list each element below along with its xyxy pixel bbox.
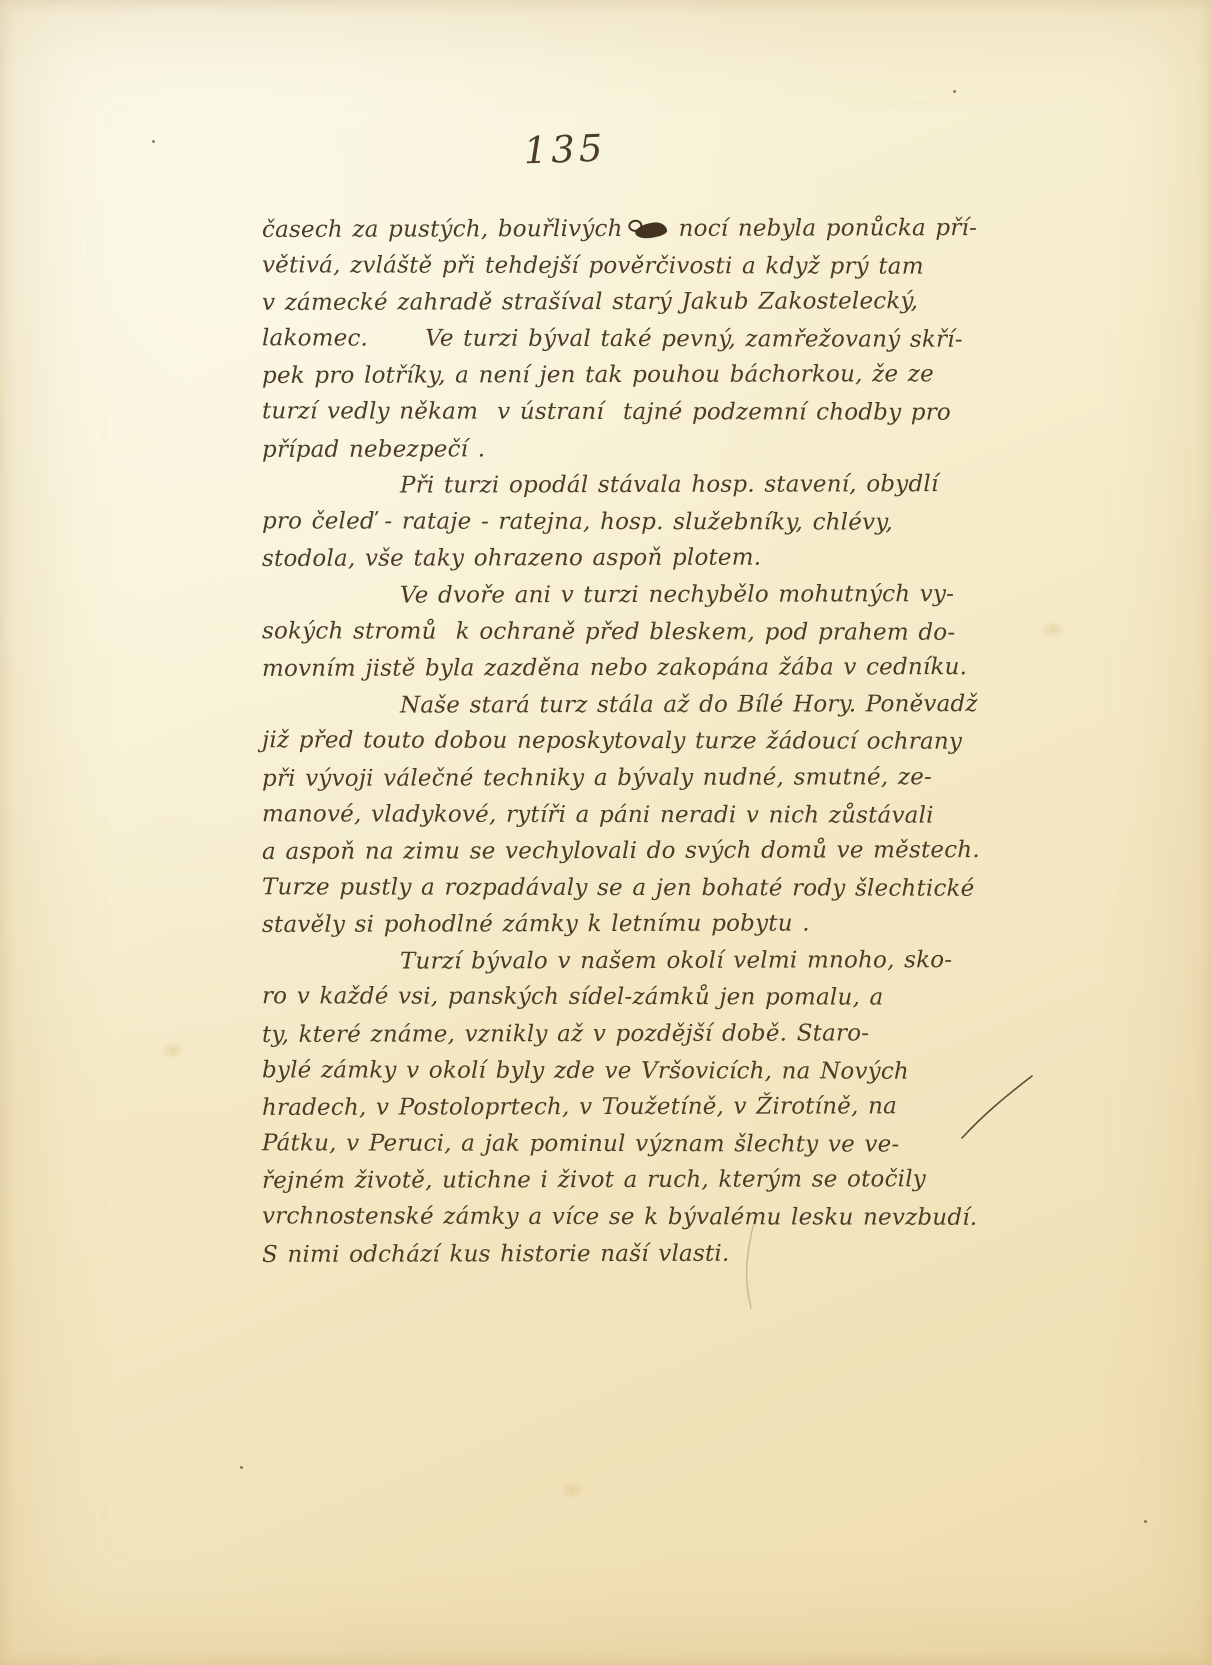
manuscript-line: pek pro lotříky, a není jen tak pouhou b…: [262, 356, 962, 394]
manuscript-line: Naše stará turz stála až do Bílé Hory. P…: [262, 686, 962, 724]
foxing-spot: [160, 1040, 186, 1060]
manuscript-line: manové, vladykové, rytíři a páni neradi …: [262, 796, 962, 834]
ink-blot: [634, 221, 668, 240]
handwritten-text-block: časech za pustých, bouřlivýchnocí nebyla…: [262, 211, 962, 1272]
manuscript-line: sokých stromů k ochraně před bleskem, po…: [262, 613, 962, 651]
manuscript-line: při vývoji válečné techniky a bývaly nud…: [262, 759, 962, 797]
manuscript-line: časech za pustých, bouřlivýchnocí nebyla…: [262, 210, 962, 248]
manuscript-line: ty, které známe, vznikly až v pozdější d…: [262, 1015, 962, 1053]
manuscript-line: v zámecké zahradě strašíval starý Jakub …: [262, 283, 962, 321]
paragraph-5: Turzí bývalo v našem okolí velmi mnoho, …: [262, 943, 962, 1272]
manuscript-line: případ nebezpečí .: [262, 430, 962, 468]
manuscript-line: větivá, zvláště při tehdejší pověrčivost…: [262, 247, 962, 285]
foxing-spot: [1144, 1520, 1147, 1523]
manuscript-line: ro v každé vsi, panských sídel-zámků jen…: [262, 979, 962, 1017]
manuscript-line: a aspoň na zimu se vechylovali do svých …: [262, 832, 962, 870]
paragraph-1: časech za pustých, bouřlivýchnocí nebyla…: [262, 211, 962, 467]
foxing-spot: [560, 1480, 586, 1500]
manuscript-line: řejném životě, utichne i život a ruch, k…: [262, 1162, 962, 1200]
foxing-spot: [152, 140, 155, 143]
paragraph-2: Při turzi opodál stávala hosp. stavení, …: [262, 467, 962, 577]
manuscript-line: stavěly si pohodlné zámky k letnímu poby…: [262, 905, 962, 943]
manuscript-line: Při turzi opodál stávala hosp. stavení, …: [262, 466, 962, 504]
manuscript-line: pro čeleď - rataje - ratejna, hosp. služ…: [262, 503, 962, 541]
manuscript-line: Turze pustly a rozpadávaly se a jen boha…: [262, 869, 962, 907]
manuscript-line: hradech, v Postoloprtech, v Toužetíně, v…: [262, 1088, 962, 1126]
manuscript-line: lakomec. Ve turzi býval také pevný, zamř…: [262, 320, 962, 358]
manuscript-line: Pátku, v Peruci, a jak pominul význam šl…: [262, 1125, 962, 1163]
foxing-spot: [953, 90, 956, 93]
manuscript-line: již před touto dobou neposkytovaly turze…: [262, 723, 962, 761]
manuscript-line: S nimi odchází kus historie naší vlasti.: [262, 1235, 962, 1273]
manuscript-page: 135 časech za pustých, bouřlivýchnocí ne…: [0, 0, 1212, 1665]
foxing-spot: [240, 1466, 243, 1469]
manuscript-line: Ve dvoře ani v turzi nechybělo mohutných…: [262, 576, 962, 614]
foxing-spot: [1040, 620, 1066, 640]
paragraph-3: Ve dvoře ani v turzi nechybělo mohutných…: [262, 577, 962, 687]
page-number: 135: [523, 127, 607, 173]
pen-flourish: [962, 1076, 1032, 1138]
paragraph-4: Naše stará turz stála až do Bílé Hory. P…: [262, 687, 962, 943]
manuscript-line: Turzí bývalo v našem okolí velmi mnoho, …: [262, 942, 962, 980]
manuscript-line: movním jistě byla zazděna nebo zakopána …: [262, 649, 962, 687]
manuscript-line: vrchnostenské zámky a více se k bývalému…: [262, 1198, 962, 1236]
manuscript-line: stodola, vše taky ohrazeno aspoň plotem.: [262, 539, 962, 577]
line-text: časech za pustých, bouřlivých: [262, 216, 623, 243]
manuscript-line: turzí vedly někam v ústraní tajné podzem…: [262, 393, 962, 431]
manuscript-line: bylé zámky v okolí byly zde ve Vršovicíc…: [262, 1052, 962, 1090]
line-text: nocí nebyla ponůcka pří-: [679, 215, 977, 242]
